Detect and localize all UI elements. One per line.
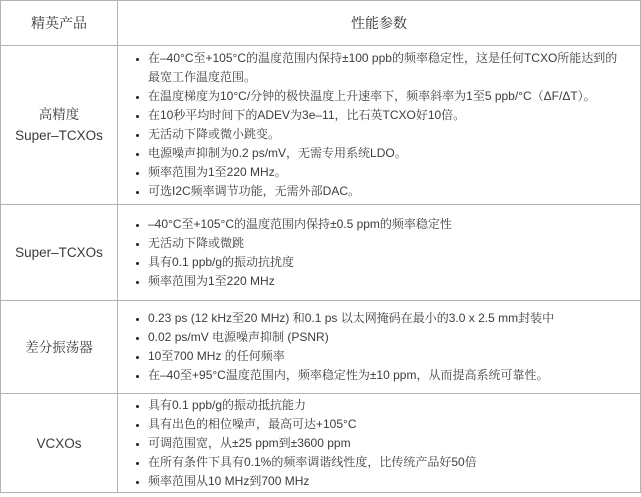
spec-item: 0.23 ps (12 kHz至20 MHz) 和0.1 ps 以太网掩码在最小… <box>148 309 554 328</box>
spec-item: 0.02 ps/mV 电源噪声抑制 (PSNR) <box>148 328 554 347</box>
header-specs-label: 性能参数 <box>351 13 407 33</box>
spec-item: 具有0.1 ppb/g的振动抵抗能力 <box>148 396 477 415</box>
spec-list: –40°C至+105°C的温度范围内保持±0.5 ppm的频率稳定性 无活动下降… <box>118 215 464 291</box>
product-cell-differential-oscillators: 差分振荡器 <box>1 301 118 393</box>
spec-item: 无活动下降或微跳 <box>148 234 452 253</box>
spec-item: 无活动下降或微小跳变。 <box>148 125 628 144</box>
specs-cell: 具有0.1 ppb/g的振动抵抗能力 具有出色的相位噪声，最高可达+105°C … <box>118 394 640 492</box>
page: 精英产品 性能参数 高精度 Super–TCXOs 在–40°C至+105°C的… <box>0 0 641 497</box>
spec-list: 0.23 ps (12 kHz至20 MHz) 和0.1 ps 以太网掩码在最小… <box>118 309 566 385</box>
spec-list: 具有0.1 ppb/g的振动抵抗能力 具有出色的相位噪声，最高可达+105°C … <box>118 396 489 491</box>
spec-item: 具有出色的相位噪声，最高可达+105°C <box>148 415 477 434</box>
spec-item: 具有0.1 ppb/g的振动抗扰度 <box>148 253 452 272</box>
product-cell-super-tcxos: Super–TCXOs <box>1 205 118 300</box>
product-name-line: VCXOs <box>36 433 81 454</box>
table-row-differential-oscillators: 差分振荡器 0.23 ps (12 kHz至20 MHz) 和0.1 ps 以太… <box>1 300 640 393</box>
spec-item: 在10秒平均时间下的ADEV为3e–11，比石英TCXO好10倍。 <box>148 106 628 125</box>
product-spec-table: 精英产品 性能参数 高精度 Super–TCXOs 在–40°C至+105°C的… <box>0 0 641 493</box>
spec-item: 频率范围从10 MHz到700 MHz <box>148 472 477 491</box>
specs-cell: –40°C至+105°C的温度范围内保持±0.5 ppm的频率稳定性 无活动下降… <box>118 205 640 300</box>
specs-cell: 在–40°C至+105°C的温度范围内保持±100 ppb的频率稳定性，这是任何… <box>118 46 640 204</box>
table-header-row: 精英产品 性能参数 <box>1 1 640 45</box>
spec-item: 可选I2C频率调节功能，无需外部DAC。 <box>148 182 628 201</box>
spec-item: –40°C至+105°C的温度范围内保持±0.5 ppm的频率稳定性 <box>148 215 452 234</box>
product-name-line: 差分振荡器 <box>25 337 93 358</box>
header-product-label: 精英产品 <box>31 13 87 34</box>
spec-list: 在–40°C至+105°C的温度范围内保持±100 ppb的频率稳定性，这是任何… <box>118 49 640 201</box>
spec-item: 在–40至+95°C温度范围内，频率稳定性为±10 ppm，从而提高系统可靠性。 <box>148 366 554 385</box>
spec-item: 频率范围为1至220 MHz <box>148 272 452 291</box>
spec-item: 电源噪声抑制为0.2 ps/mV，无需专用系统LDO。 <box>148 144 628 163</box>
specs-cell: 0.23 ps (12 kHz至20 MHz) 和0.1 ps 以太网掩码在最小… <box>118 301 640 393</box>
product-name-line: Super–TCXOs <box>15 125 103 146</box>
spec-item: 在所有条件下具有0.1%的频率调谐线性度，比传统产品好50倍 <box>148 453 477 472</box>
product-name-line: 高精度 <box>39 104 80 125</box>
product-name-line: Super–TCXOs <box>15 242 103 263</box>
spec-item: 在温度梯度为10°C/分钟的极快温度上升速率下，频率斜率为1至5 ppb/°C（… <box>148 87 628 106</box>
spec-item: 在–40°C至+105°C的温度范围内保持±100 ppb的频率稳定性，这是任何… <box>148 49 628 87</box>
spec-item: 频率范围为1至220 MHz。 <box>148 163 628 182</box>
spec-item: 10至700 MHz 的任何频率 <box>148 347 554 366</box>
table-row-super-tcxos: Super–TCXOs –40°C至+105°C的温度范围内保持±0.5 ppm… <box>1 204 640 300</box>
header-cell-product: 精英产品 <box>1 1 118 45</box>
product-cell-vcxos: VCXOs <box>1 394 118 492</box>
table-row-high-precision-super-tcxos: 高精度 Super–TCXOs 在–40°C至+105°C的温度范围内保持±10… <box>1 45 640 204</box>
spec-item: 可调范围宽，从±25 ppm到±3600 ppm <box>148 434 477 453</box>
product-cell-high-precision-super-tcxos: 高精度 Super–TCXOs <box>1 46 118 204</box>
table-row-vcxos: VCXOs 具有0.1 ppb/g的振动抵抗能力 具有出色的相位噪声，最高可达+… <box>1 393 640 492</box>
header-cell-specs: 性能参数 <box>118 1 640 45</box>
